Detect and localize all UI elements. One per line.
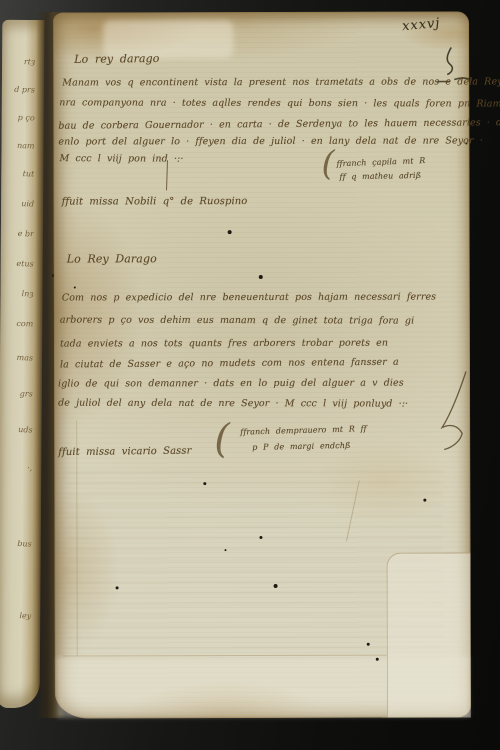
letter1-text-line: enlo port del alguer lo · ffeyen dia de … [58,135,482,148]
letter2-text-line: tada enviets a nos tots quants fres arbo… [60,338,388,350]
letter1-signature-line: ffranch çapila mt R [336,156,425,169]
margin-fragment: com [0,319,33,328]
margin-fragment: bus [0,539,32,548]
ink-dot [228,230,232,234]
margin-fragment: ley [0,611,31,620]
ink-dot [367,643,370,646]
photo-backdrop: rtȝ d prs p ço nam tut uid e br etus lnȝ… [0,0,500,750]
letter2-signature-line: p P de margi endchß [252,441,350,453]
ink-dot [116,586,119,589]
margin-fragment: ·, [0,463,32,472]
margin-fragment: uds [0,425,33,434]
ink-dot [423,499,426,502]
margin-fragment: grs [0,389,33,398]
ink-dot [259,275,263,279]
margin-fragment: rtȝ [2,57,35,66]
letter1-text-line: nra companyona nra · totes aqlles rendes… [59,97,500,110]
pen-stroke [166,160,168,190]
margin-fragment: nam [1,141,34,150]
pen-flourish-icon [438,369,472,459]
margin-fragment: mas [0,353,33,362]
margin-fragment: lnȝ [0,289,33,298]
signature-bracket: ( [321,144,334,184]
letter1-text-line: Manam vos q encontinent vista la present… [62,76,500,89]
letter1-text-line: M ccc l viij pon ind ·:· [59,153,183,165]
letter2-text-line: arborers p ço vos dehim eus manam q de g… [60,315,414,327]
letter1-text-line: bau de corbera Gouernador · en carta · d… [58,117,500,132]
margin-fragment: uid [1,199,34,208]
signature-bracket: ( [214,416,230,462]
letter2-text-line: iglio de qui son demanner · dats en lo p… [58,378,404,390]
ink-dot [376,658,379,661]
ink-dot [259,536,262,539]
margin-fragment: etus [1,259,34,268]
ink-dot [274,584,278,588]
letter2-heading: Lo Rey Darago [67,252,157,265]
letter1-signature-line: ff q matheu adriß [339,171,421,182]
margin-fragment: p ço [2,113,35,122]
letter2-text-line: la ciutat de Sasser e aço no mudets com … [60,357,399,371]
ink-dot [224,549,226,551]
margin-fragment: tut [1,169,34,178]
letter1-sent-note: ffuit missa Nobili q° de Ruospino [62,196,248,208]
letter1-heading: Lo rey darago [74,52,159,66]
letter2-text-line: Com nos p expedicio del nre beneuenturat… [62,292,436,304]
light-patch-bottom-right [386,552,470,717]
margin-fragment: d prs [2,85,35,94]
margin-fragment: e br [1,229,34,238]
letter2-signature-line: ffranch demprauero mt R ff [240,424,367,437]
folio-number: xxxvj [401,16,441,35]
letter2-text-line: de juliol del any dela nat de nre Seyor … [58,398,408,410]
letter2-sent-note: ffuit missa vicario Sassr [58,446,191,460]
ink-dot [74,286,76,288]
ink-dot [203,482,206,485]
manuscript-page: xxxvj Lo rey darago Manam vos q encontin… [53,11,471,718]
